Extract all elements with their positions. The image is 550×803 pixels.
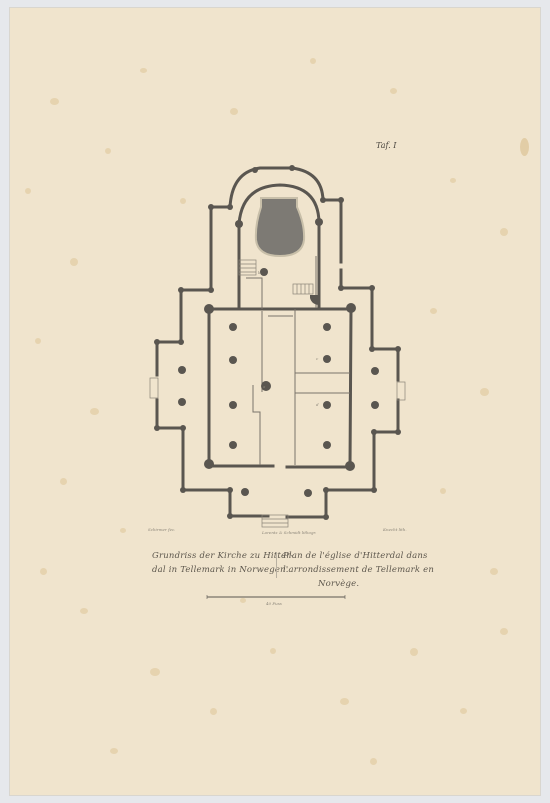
altar-area bbox=[256, 198, 304, 256]
caption-divider bbox=[276, 552, 277, 578]
caption-french-line3: Norvège. bbox=[283, 577, 434, 591]
caption-french-line2: l'arrondissement de Tellemark en bbox=[283, 563, 434, 577]
pulpit bbox=[310, 295, 320, 305]
church-floor-plan bbox=[0, 0, 550, 803]
caption-french-line1: Plan de l'église d'Hitterdal dans bbox=[283, 549, 434, 563]
caption-german: Grundriss der Kirche zu Hitter- dal in T… bbox=[152, 549, 294, 577]
caption-french: Plan de l'église d'Hitterdal dans l'arro… bbox=[283, 549, 434, 591]
scale-bar-label: 40 Fuss bbox=[266, 601, 282, 606]
plate-number: Taf. I bbox=[376, 141, 396, 150]
caption-german-line1: Grundriss der Kirche zu Hitter- bbox=[152, 549, 294, 563]
scale-bar bbox=[207, 595, 345, 599]
credit-left: Schirmer fec. bbox=[148, 527, 175, 532]
credit-right: Knecht lith. bbox=[383, 527, 407, 532]
label-a: a bbox=[263, 384, 265, 389]
caption-german-line2: dal in Tellemark in Norwegen. bbox=[152, 563, 294, 577]
label-b: b bbox=[258, 270, 261, 275]
label-c: c bbox=[316, 356, 318, 361]
label-d: d bbox=[316, 402, 319, 407]
stairs bbox=[150, 260, 405, 527]
credit-center: Lorentz & Schmidt lithogr. bbox=[262, 530, 316, 535]
interior-partitions bbox=[246, 256, 350, 465]
